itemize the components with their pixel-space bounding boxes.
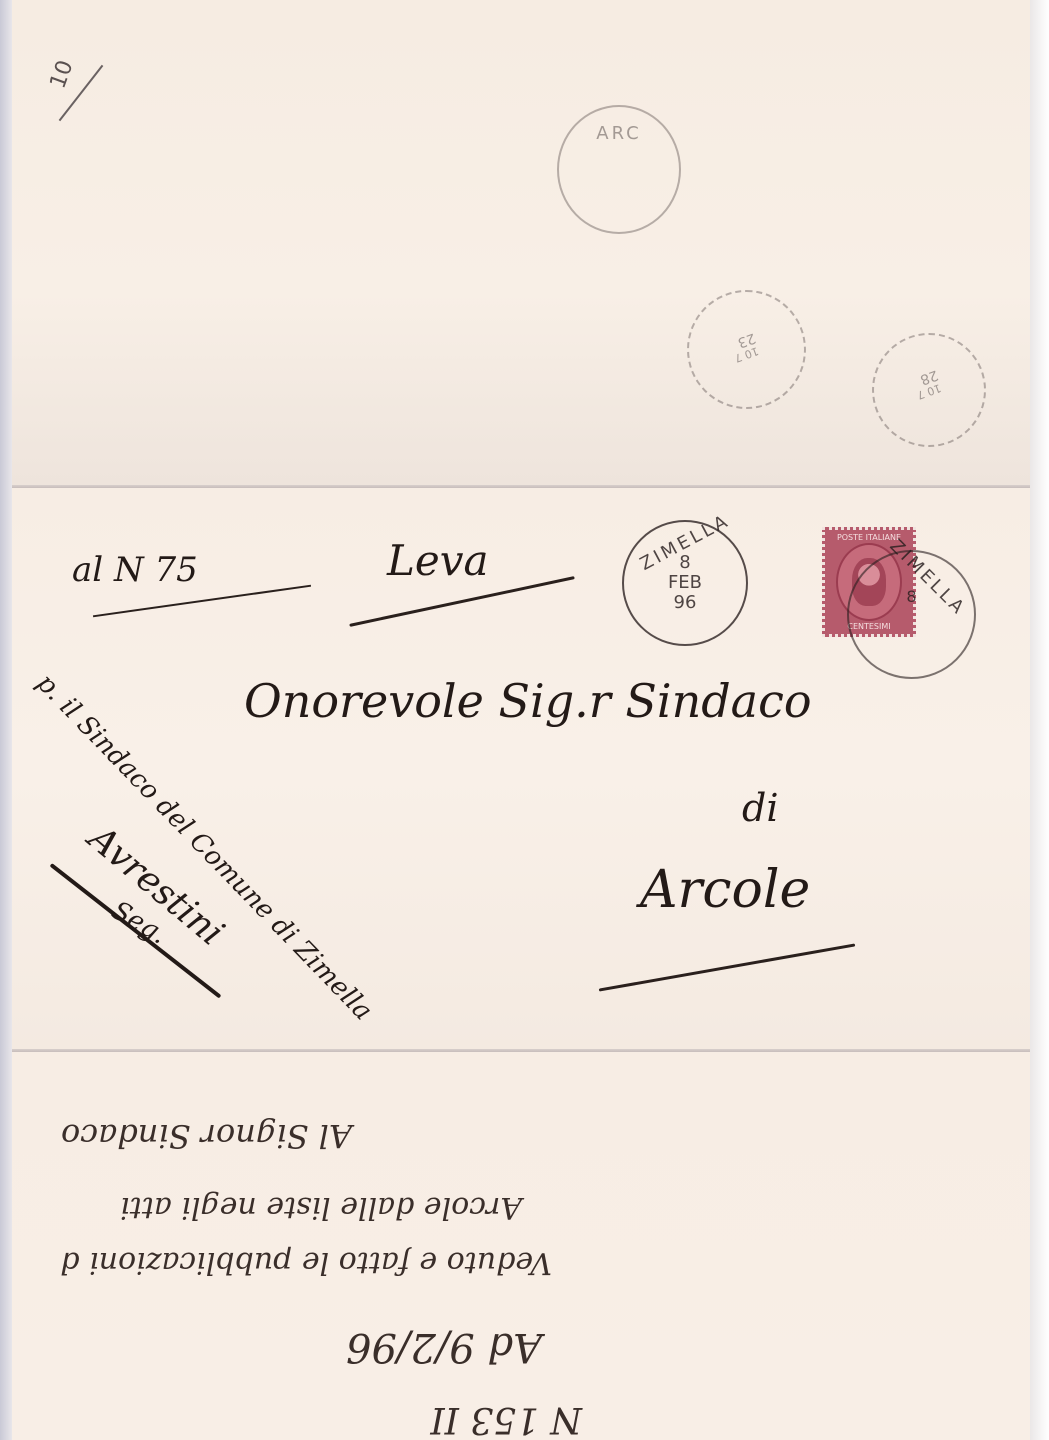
bottom-flap: N 153 II Ad 9/2/96 Veduto e fatto le pub… [12, 1052, 1030, 1440]
address-panel: al N 75 Leva ZIMELLA 8 FEB 96 POSTE ITAL… [12, 488, 1030, 1052]
addressee-line-3: Arcole [640, 860, 810, 920]
inverted-line: N 153 II [430, 1399, 582, 1440]
scan-right-edge [1029, 0, 1049, 1440]
backstamp-transit-1: 23 10 7 [687, 290, 806, 409]
addressee-flourish [599, 943, 856, 991]
pencil-note: 10 [45, 57, 78, 92]
top-flap: 10 ARC 23 10 7 28 10 7 [12, 0, 1030, 488]
postmark-on-stamp: ZIMELLA 8 [847, 550, 976, 679]
inverted-line: Ad 9/2/96 [346, 1324, 542, 1370]
inverted-line: Arcole dalle liste negli atti [120, 1190, 522, 1225]
reference-number: al N 75 [72, 550, 198, 590]
postmark-year: 96 [624, 593, 746, 613]
addressee-line-1: Onorevole Sig.r Sindaco [244, 674, 812, 728]
inverted-line: Al Signor Sindaco [61, 1117, 352, 1155]
backstamp-arcole: ARC [557, 105, 681, 234]
inverted-line: Veduto e fatto le pubblicazioni d [60, 1245, 552, 1280]
backstamp-transit-2: 28 10 7 [872, 333, 986, 447]
scan-left-edge [0, 0, 12, 1440]
letter-sheet: 10 ARC 23 10 7 28 10 7 al N 75 Leva ZIME… [12, 0, 1030, 1440]
inverted-text-block: N 153 II Ad 9/2/96 Veduto e fatto le pub… [92, 1062, 652, 1440]
backstamp-town: ARC [559, 123, 679, 144]
service-note: Leva [387, 536, 489, 585]
addressee-line-2: di [742, 786, 778, 830]
stamp-top-text: POSTE ITALIANE [837, 533, 901, 542]
postmark-zimella: ZIMELLA 8 FEB 96 [622, 520, 748, 646]
